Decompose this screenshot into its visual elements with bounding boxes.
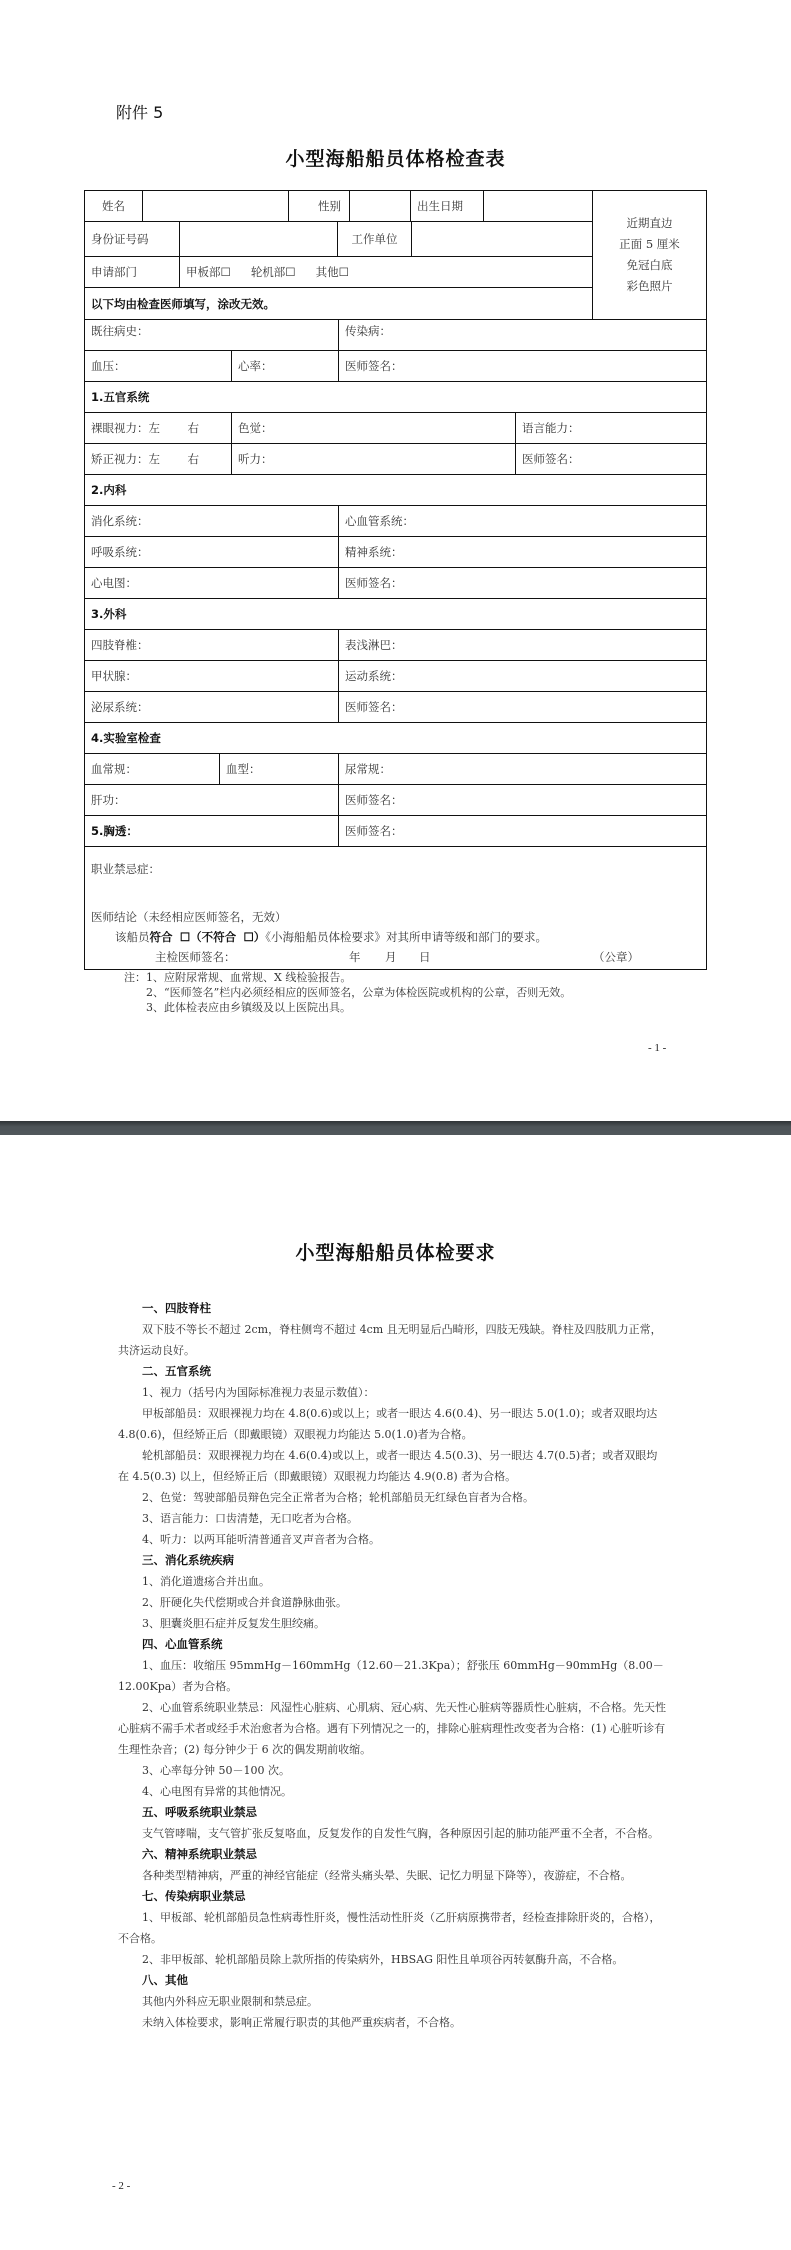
paragraph: 4、心电图有异常的其他情况。 (118, 1781, 668, 1802)
page-1: 附件 5 小型海船船员体格检查表 姓名 性别 出生日期 近期直边 正面 5 厘米… (0, 0, 791, 1121)
doctor-signature-ent[interactable]: 医师签名： (515, 443, 707, 475)
photo-line: 正面 5 厘米 (619, 234, 680, 255)
paragraph: 轮机部船员：双眼裸视力均在 4.6(0.4)或以上，或者一眼达 4.5(0.3)… (118, 1445, 668, 1487)
id-number-label: 身份证号码 (84, 221, 180, 257)
motor-system-field[interactable]: 运动系统： (338, 660, 707, 692)
naked-vision-left-label: 裸眼视力：左 (91, 420, 160, 436)
paragraph: 甲板部船员：双眼裸视力均在 4.8(0.6)或以上；或者一眼达 4.6(0.4)… (118, 1403, 668, 1445)
paragraph: 1、消化道遗疡合并出血。 (118, 1571, 668, 1592)
heart-rate-field[interactable]: 心率： (231, 350, 339, 382)
corrected-vision-field[interactable]: 矫正视力：左 右 (84, 443, 232, 475)
paragraph: 各种类型精神病，严重的神经官能症（经常头痛头晕、失眠、记忆力明显下降等），夜游症… (118, 1865, 668, 1886)
blood-routine-field[interactable]: 血常规： (84, 753, 220, 785)
page-separator (0, 1121, 791, 1135)
respiratory-field[interactable]: 呼吸系统： (84, 536, 339, 568)
chest-xray-field[interactable]: 5.胸透： (84, 815, 339, 847)
verdict-fail-checkbox[interactable]: ☐ (243, 930, 253, 944)
section-title-surgical: 3.外科 (84, 598, 707, 630)
paragraph: 1、血压：收缩压 95mmHg－160mmHg（12.60－21.3Kpa）；舒… (118, 1655, 668, 1697)
dept-option-other[interactable]: 其他☐ (316, 264, 349, 280)
cardiovascular-field[interactable]: 心血管系统： (338, 505, 707, 537)
dept-option-engine[interactable]: 轮机部☐ (251, 264, 296, 280)
doctor-signature-general[interactable]: 医师签名： (338, 350, 707, 382)
urinary-field[interactable]: 泌尿系统： (84, 691, 339, 723)
photo-placeholder[interactable]: 近期直边 正面 5 厘米 免冠白底 彩色照片 (592, 190, 707, 320)
paragraph: 双下肢不等长不超过 2cm，脊柱侧弯不超过 4cm 且无明显后凸畸形，四肢无残缺… (118, 1319, 668, 1361)
blood-pressure-field[interactable]: 血压： (84, 350, 232, 382)
form-title: 小型海船船员体格检查表 (0, 144, 791, 171)
paragraph: 2、肝硬化失代偿期或合并食道静脉曲张。 (118, 1592, 668, 1613)
blood-type-field[interactable]: 血型： (219, 753, 339, 785)
section-heading: 三、消化系统疾病 (118, 1550, 668, 1571)
limbs-spine-field[interactable]: 四肢脊椎： (84, 629, 339, 661)
thyroid-field[interactable]: 甲状腺： (84, 660, 339, 692)
section-heading: 七、传染病职业禁忌 (118, 1886, 668, 1907)
dept-option-deck[interactable]: 甲板部☐ (186, 264, 231, 280)
form-notes: 注：1、应附尿常规、血常规、X 线检验报告。 2、“医师签名”栏内必须经相应的医… (124, 970, 571, 1015)
requirements-title: 小型海船船员体检要求 (0, 1238, 791, 1265)
conclusion-box: 职业禁忌症： 医师结论（未经相应医师签名，无效） 该船员符合 ☐（不符合 ☐）《… (84, 846, 707, 970)
birth-date-field[interactable] (483, 190, 593, 222)
photo-line: 近期直边 (627, 213, 673, 234)
doctor-fill-note: 以下均由检查医师填写，涂改无效。 (84, 287, 593, 320)
hearing-field[interactable]: 听力： (231, 443, 516, 475)
paragraph: 未纳入体检要求，影响正常履行职责的其他严重疾病者，不合格。 (118, 2012, 668, 2033)
gender-label: 性别 (288, 190, 350, 222)
attachment-label: 附件 5 (116, 100, 163, 123)
verdict-pass-checkbox[interactable]: ☐ (180, 930, 190, 944)
photo-line: 彩色照片 (627, 276, 673, 297)
exam-form-table: 姓名 性别 出生日期 近期直边 正面 5 厘米 免冠白底 彩色照片 身份证号码 … (84, 190, 707, 969)
section-title-lab: 4.实验室检查 (84, 722, 707, 754)
month-label: 月 (385, 949, 397, 965)
paragraph: 1、视力（括号内为国际标准视力表显示数值）： (118, 1382, 668, 1403)
year-label: 年 (349, 949, 361, 965)
chief-doctor-signature[interactable]: 主检医师签名： (155, 949, 236, 965)
corrected-vision-left-label: 矫正视力：左 (91, 451, 160, 467)
paragraph: 1、甲板部、轮机部船员急性病毒性肝炎，慢性活动性肝炎（乙肝病原携带者，经检查排除… (118, 1907, 668, 1949)
id-number-field[interactable] (179, 221, 338, 257)
color-vision-field[interactable]: 色觉： (231, 412, 516, 444)
note-1: 注：1、应附尿常规、血常规、X 线检验报告。 (124, 970, 571, 985)
name-label: 姓名 (84, 190, 143, 222)
page-number-2: - 2 - (112, 2180, 130, 2192)
verdict-fail-label: （不符合 (190, 930, 236, 944)
doctor-signature-internal[interactable]: 医师签名： (338, 567, 707, 599)
paragraph: 支气管哮喘，支气管扩张反复咯血，反复发作的自发性气胸，各种原因引起的肺功能严重不… (118, 1823, 668, 1844)
paragraph: 3、胆囊炎胆石症并反复发生胆绞痛。 (118, 1613, 668, 1634)
name-field[interactable] (142, 190, 289, 222)
paragraph: 3、语言能力：口齿清楚，无口吃者为合格。 (118, 1508, 668, 1529)
paragraph: 2、色觉：驾驶部船员辩色完全正常者为合格；轮机部船员无红绿色盲者为合格。 (118, 1487, 668, 1508)
corrected-vision-right-label: 右 (188, 451, 226, 467)
section-heading: 五、呼吸系统职业禁忌 (118, 1802, 668, 1823)
employer-label: 工作单位 (337, 221, 412, 257)
department-label: 申请部门 (84, 256, 180, 288)
photo-line: 免冠白底 (627, 255, 673, 276)
section-heading: 二、五官系统 (118, 1361, 668, 1382)
gender-field[interactable] (349, 190, 411, 222)
department-options: 甲板部☐ 轮机部☐ 其他☐ (179, 256, 593, 288)
naked-vision-right-label: 右 (188, 420, 226, 436)
verdict-suffix: 《小海船船员体检要求》对其所申请等级和部门的要求。 (265, 930, 547, 944)
doctor-signature-xray[interactable]: 医师签名： (338, 815, 707, 847)
verdict-close: ） (254, 930, 266, 944)
seal-label: （公章） (593, 949, 639, 965)
section-heading: 六、精神系统职业禁忌 (118, 1844, 668, 1865)
naked-vision-field[interactable]: 裸眼视力：左 右 (84, 412, 232, 444)
employer-field[interactable] (411, 221, 593, 257)
section-title-ent: 1.五官系统 (84, 381, 707, 413)
birth-date-label: 出生日期 (410, 190, 484, 222)
section-heading: 八、其他 (118, 1970, 668, 1991)
paragraph: 2、非甲板部、轮机部船员除上款所指的传染病外，HBSAG 阳性且单项谷丙转氨酶升… (118, 1949, 668, 1970)
mental-field[interactable]: 精神系统： (338, 536, 707, 568)
requirements-body: 一、四肢脊柱 双下肢不等长不超过 2cm，脊柱侧弯不超过 4cm 且无明显后凸畸… (118, 1298, 668, 2033)
section-title-internal: 2.内科 (84, 474, 707, 506)
liver-function-field[interactable]: 肝功： (84, 784, 339, 816)
day-label: 日 (419, 949, 431, 965)
note-2: 2、“医师签名”栏内必须经相应的医师签名，公章为体检医院或机构的公章，否则无效。 (124, 985, 571, 1000)
paragraph: 其他内外科应无职业限制和禁忌症。 (118, 1991, 668, 2012)
verdict-pass-label: 符合 (150, 930, 173, 944)
contraindication-label: 职业禁忌症： (91, 861, 160, 877)
lymph-field[interactable]: 表浅淋巴： (338, 629, 707, 661)
ecg-field[interactable]: 心电图： (84, 567, 339, 599)
urine-routine-field[interactable]: 尿常规： (338, 753, 707, 785)
verdict-prefix: 该船员 (115, 930, 150, 944)
section-heading: 四、心血管系统 (118, 1634, 668, 1655)
paragraph: 3、心率每分钟 50－100 次。 (118, 1760, 668, 1781)
conclusion-label: 医师结论（未经相应医师签名，无效） (91, 909, 287, 925)
paragraph: 2、心血管系统职业禁忌：风湿性心脏病、心肌病、冠心病、先天性心脏病等器质性心脏病… (118, 1697, 668, 1760)
doctor-signature-surgical[interactable]: 医师签名： (338, 691, 707, 723)
infectious-disease-field[interactable]: 传染病： (338, 319, 707, 351)
note-3: 3、此体检表应由乡镇级及以上医院出具。 (124, 1000, 571, 1015)
page-number-1: - 1 - (648, 1042, 666, 1054)
doctor-signature-lab[interactable]: 医师签名： (338, 784, 707, 816)
digestive-field[interactable]: 消化系统： (84, 505, 339, 537)
section-heading: 一、四肢脊柱 (118, 1298, 668, 1319)
paragraph: 4、听力：以两耳能听清普通音叉声音者为合格。 (118, 1529, 668, 1550)
verdict-line: 该船员符合 ☐（不符合 ☐）《小海船船员体检要求》对其所申请等级和部门的要求。 (115, 929, 547, 945)
speech-ability-field[interactable]: 语言能力： (515, 412, 707, 444)
medical-history-field[interactable]: 既往病史： (84, 319, 339, 351)
